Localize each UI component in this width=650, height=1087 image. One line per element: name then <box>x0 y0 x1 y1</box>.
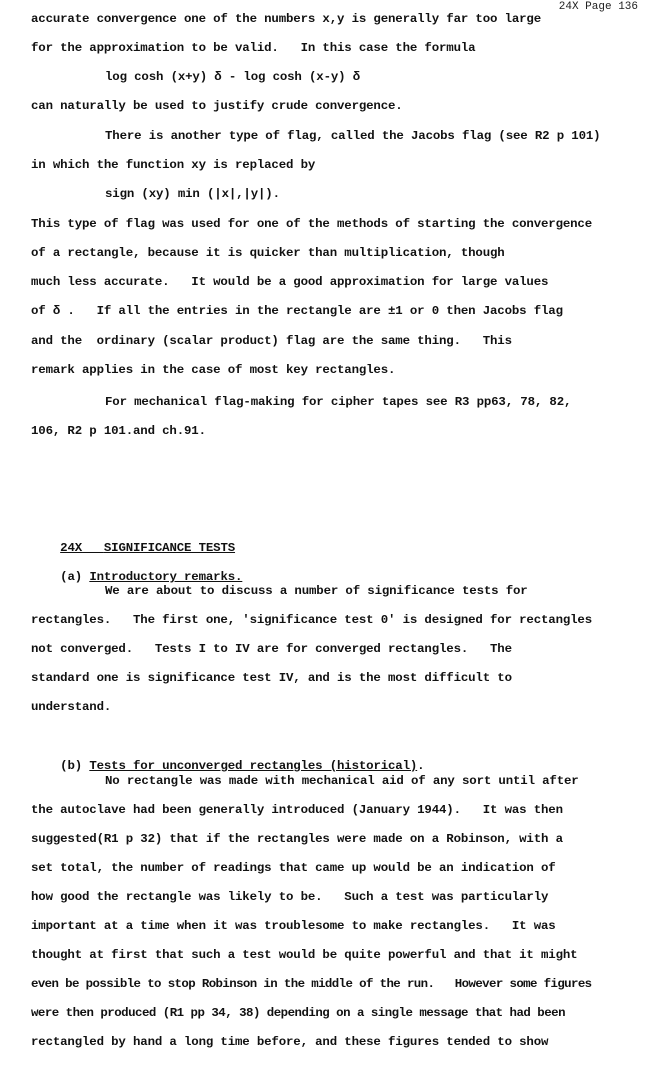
text-line: important at a time when it was troubles… <box>31 919 556 933</box>
text-line: and the ordinary (scalar product) flag a… <box>31 334 512 348</box>
text-line: This type of flag was used for one of th… <box>31 217 592 231</box>
subsection-label: (b) <box>60 759 82 773</box>
text-line: of δ . If all the entries in the rectang… <box>31 304 563 318</box>
text-line: suggested(R1 p 32) that if the rectangle… <box>31 832 563 846</box>
subsection-label: (a) <box>60 570 82 584</box>
text-line: understand. <box>31 700 111 714</box>
text-line: can naturally be used to justify crude c… <box>31 99 403 113</box>
formula-line: log cosh (x+y) δ - log cosh (x-y) δ <box>105 70 360 84</box>
section-number: 24X <box>60 541 82 555</box>
text-line: standard one is significance test IV, an… <box>31 671 512 685</box>
text-line: the autoclave had been generally introdu… <box>31 803 563 817</box>
text-line: rectangled by hand a long time before, a… <box>31 1035 548 1049</box>
subsection-title: Introductory remarks. <box>89 570 242 584</box>
text-line: set total, the number of readings that c… <box>31 861 556 875</box>
text-line: much less accurate. It would be a good a… <box>31 275 548 289</box>
text-line: No rectangle was made with mechanical ai… <box>105 774 579 788</box>
text-line: accurate convergence one of the numbers … <box>31 12 541 26</box>
text-line: For mechanical flag-making for cipher ta… <box>105 395 571 409</box>
text-line: even be possible to stop Robinson in the… <box>31 977 592 991</box>
text-line: We are about to discuss a number of sign… <box>105 584 528 598</box>
text-line: remark applies in the case of most key r… <box>31 363 395 377</box>
text-line: There is another type of flag, called th… <box>105 129 600 143</box>
text-line: thought at first that such a test would … <box>31 948 577 962</box>
formula-line: sign (xy) min (|x|,|y|). <box>105 187 280 201</box>
page-header: 24X Page 136 <box>559 1 638 13</box>
text-line: rectangles. The first one, 'significance… <box>31 613 592 627</box>
section-title: SIGNIFICANCE TESTS <box>104 541 235 555</box>
text-line: were then produced (R1 pp 34, 38) depend… <box>31 1006 565 1020</box>
text-line: of a rectangle, because it is quicker th… <box>31 246 505 260</box>
text-line: in which the function xy is replaced by <box>31 158 315 172</box>
text-line: for the approximation to be valid. In th… <box>31 41 475 55</box>
text-line: not converged. Tests I to IV are for con… <box>31 642 512 656</box>
subsection-title: Tests for unconverged rectangles (histor… <box>89 759 417 773</box>
text-line: 106, R2 p 101.and ch.91. <box>31 424 206 438</box>
text-line: how good the rectangle was likely to be.… <box>31 890 548 904</box>
